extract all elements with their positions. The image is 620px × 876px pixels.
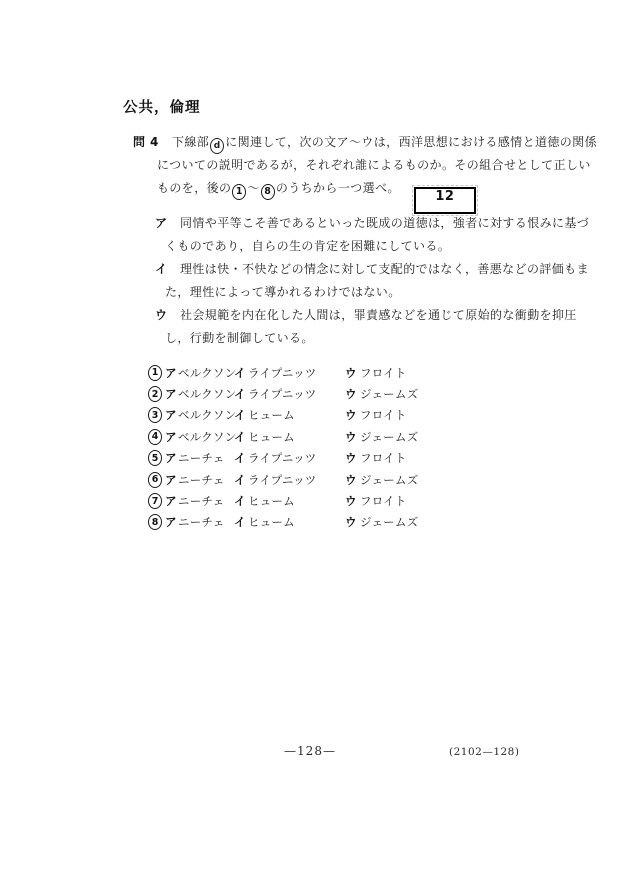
choice-name-u: ジェームズ <box>360 514 477 530</box>
choice-row-7: 7 ア ニーチェ イ ヒューム ウ フロイト <box>147 490 477 511</box>
statement-i-line-2: た，理性によって導かれるわけではない。 <box>155 281 545 304</box>
choice-marker-i: イ <box>234 386 248 402</box>
question-line3-post: のうちから一つ選べ。 <box>276 181 400 195</box>
choice-name-a: ニーチェ <box>178 514 234 530</box>
choice-name-i: ヒューム <box>248 407 345 423</box>
choice-row-5: 5 ア ニーチェ イ ライプニッツ ウ フロイト <box>147 448 477 469</box>
question-line-1: 問 4下線部dに関連して，次の文ア～ウは，西洋思想における感情と道徳の関係 <box>133 131 543 154</box>
choice-name-a: ニーチェ <box>178 493 234 509</box>
choice-name-i: ライプニッツ <box>248 450 345 466</box>
choice-name-a: ニーチェ <box>178 472 234 488</box>
choice-number-circle: 8 <box>148 514 162 530</box>
choice-name-u: ジェームズ <box>360 472 477 488</box>
choice-marker-a: ア <box>165 472 178 488</box>
question-line-2: についての説明であるが，それぞれ誰によるものか。その組合せとして正しい <box>133 154 543 177</box>
choice-marker-u: ウ <box>345 493 360 509</box>
choice-name-i: ライプニッツ <box>248 386 345 402</box>
choice-number-circle: 6 <box>148 472 162 488</box>
choice-name-a: ベルクソン <box>178 365 234 381</box>
subject-title: 公共，倫理 <box>123 96 201 117</box>
choice-marker-i: イ <box>234 365 248 381</box>
statement-u-text: 社会規範を内在化した人間は，罪責感などを通じて原始的な衝動を抑圧 <box>180 308 577 322</box>
choice-marker-i: イ <box>234 472 248 488</box>
choice-marker-u: ウ <box>345 514 360 530</box>
question-lead: 問 4下線部dに関連して，次の文ア～ウは，西洋思想における感情と道徳の関係 につ… <box>133 131 543 214</box>
choice-marker-a: ア <box>165 514 178 530</box>
statement-a-line-1: ア同情や平等こそ善であるといった既成の道徳は，強者に対する恨みに基づ <box>155 212 545 235</box>
question-text-post: に関連して，次の文ア～ウは，西洋思想における感情と道徳の関係 <box>225 135 597 149</box>
page-number: —128— <box>0 744 620 758</box>
choice-marker-a: ア <box>165 450 178 466</box>
range-to-circle: 8 <box>261 184 275 200</box>
choice-name-i: ライプニッツ <box>248 365 345 381</box>
choice-name-a: ベルクソン <box>178 429 234 445</box>
choice-marker-u: ウ <box>345 429 360 445</box>
choice-name-u: ジェームズ <box>360 429 477 445</box>
question-text-pre: 下線部 <box>172 135 209 149</box>
choice-name-i: ヒューム <box>248 429 345 445</box>
question-line3-pre: ものを，後の <box>157 181 231 195</box>
choice-number-circle: 4 <box>148 429 162 445</box>
choice-marker-a: ア <box>165 407 178 423</box>
statements-block: ア同情や平等こそ善であるといった既成の道徳は，強者に対する恨みに基づ くものであ… <box>155 212 545 350</box>
statement-a-line-2: くものであり，自らの生の肯定を困難にしている。 <box>155 235 545 258</box>
choice-row-3: 3 ア ベルクソン イ ヒューム ウ フロイト <box>147 405 477 426</box>
choices-list: 1 ア ベルクソン イ ライプニッツ ウ フロイト 2 ア ベルクソン イ ライ… <box>147 362 477 533</box>
choice-row-8: 8 ア ニーチェ イ ヒューム ウ ジェームズ <box>147 512 477 533</box>
choice-marker-u: ウ <box>345 407 360 423</box>
choice-row-4: 4 ア ベルクソン イ ヒューム ウ ジェームズ <box>147 426 477 447</box>
statement-u-line-2: し，行動を制御している。 <box>155 327 545 350</box>
choice-number-circle: 2 <box>148 386 162 402</box>
choice-name-i: ヒューム <box>248 514 345 530</box>
choice-name-u: フロイト <box>360 450 477 466</box>
choice-name-i: ヒューム <box>248 493 345 509</box>
choice-marker-i: イ <box>234 493 248 509</box>
statement-u-line-1: ウ社会規範を内在化した人間は，罪責感などを通じて原始的な衝動を抑圧 <box>155 304 545 327</box>
choice-row-2: 2 ア ベルクソン イ ライプニッツ ウ ジェームズ <box>147 383 477 404</box>
choice-number-circle: 1 <box>148 365 162 381</box>
choice-number-circle: 3 <box>148 407 162 423</box>
choice-row-1: 1 ア ベルクソン イ ライプニッツ ウ フロイト <box>147 362 477 383</box>
choice-name-i: ライプニッツ <box>248 472 345 488</box>
choice-name-a: ベルクソン <box>178 407 234 423</box>
choice-name-a: ニーチェ <box>178 450 234 466</box>
statement-u-marker: ウ <box>155 304 180 327</box>
choice-row-6: 6 ア ニーチェ イ ライプニッツ ウ ジェームズ <box>147 469 477 490</box>
statement-a-marker: ア <box>155 212 180 235</box>
choice-marker-a: ア <box>165 386 178 402</box>
choice-marker-u: ウ <box>345 365 360 381</box>
choice-number-circle: 7 <box>148 493 162 509</box>
question-number-label: 問 4 <box>133 131 172 154</box>
statement-i-text: 理性は快・不快などの情念に対して支配的ではなく，善悪などの評価もま <box>180 262 589 276</box>
print-code: (2102—128) <box>449 746 519 758</box>
choice-marker-i: イ <box>234 450 248 466</box>
answer-number-box: 12 <box>414 187 476 214</box>
choice-marker-u: ウ <box>345 386 360 402</box>
statement-i-line-1: イ理性は快・不快などの情念に対して支配的ではなく，善悪などの評価もま <box>155 258 545 281</box>
statement-i-marker: イ <box>155 258 180 281</box>
choice-marker-i: イ <box>234 514 248 530</box>
choice-name-u: フロイト <box>360 365 477 381</box>
choice-marker-i: イ <box>234 429 248 445</box>
underline-ref-circle: d <box>210 138 224 154</box>
choice-marker-u: ウ <box>345 450 360 466</box>
statement-a-text: 同情や平等こそ善であるといった既成の道徳は，強者に対する恨みに基づ <box>180 216 589 230</box>
choice-name-u: フロイト <box>360 407 477 423</box>
choice-marker-u: ウ <box>345 472 360 488</box>
choice-marker-a: ア <box>165 365 178 381</box>
choice-name-u: フロイト <box>360 493 477 509</box>
range-from-circle: 1 <box>232 184 246 200</box>
exam-page: 公共，倫理 問 4下線部dに関連して，次の文ア～ウは，西洋思想における感情と道徳… <box>0 0 620 876</box>
question-line-3: ものを，後の1～8のうちから一つ選べ。12 <box>133 177 543 214</box>
choice-number-circle: 5 <box>148 450 162 466</box>
choice-name-u: ジェームズ <box>360 386 477 402</box>
choice-marker-i: イ <box>234 407 248 423</box>
choice-marker-a: ア <box>165 493 178 509</box>
choice-name-a: ベルクソン <box>178 386 234 402</box>
range-tilde: ～ <box>247 181 259 195</box>
choice-marker-a: ア <box>165 429 178 445</box>
